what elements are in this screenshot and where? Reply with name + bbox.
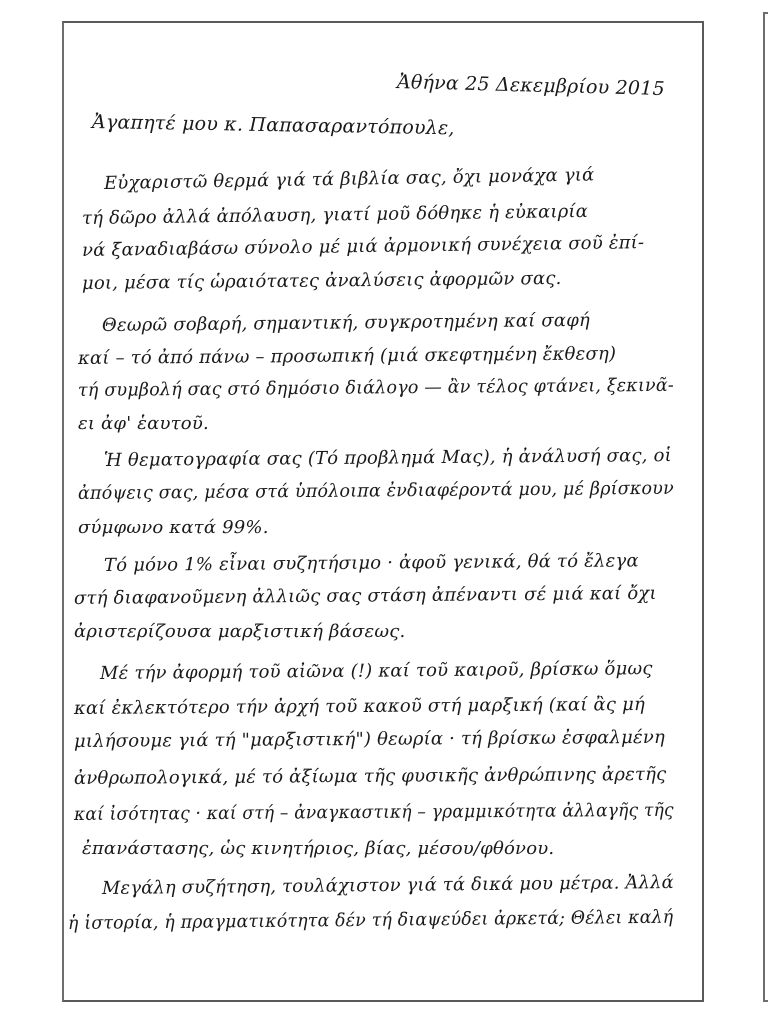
letter-line: Θεωρῶ σοβαρή, σημαντική, συγκροτημένη κα… xyxy=(102,310,590,336)
letter-line: ἡ ἱστορία, ἡ πραγματικότητα δέν τή διαψε… xyxy=(68,907,674,934)
letter-line: ἐπανάστασης, ὡς κινητήριος, βίας, μέσου/… xyxy=(82,838,554,859)
letter-line: Εὐχαριστῶ θερμά γιά τά βιβλία σας, ὄχι μ… xyxy=(104,164,595,194)
letter-line: ἀριστερίζουσα μαρξιστική βάσεως. xyxy=(74,621,405,642)
salutation: Ἀγαπητέ μου κ. Παπασαραντόπουλε, xyxy=(92,111,455,139)
letter-line: Μέ τήν ἀφορμή τοῦ αἰῶνα (!) καί τοῦ καιρ… xyxy=(100,658,653,684)
letter-line: μοι, μέσα τίς ὡραιότατες ἀναλύσεις ἀφορμ… xyxy=(82,268,562,294)
letter-line: σύμφωνο κατά 99%. xyxy=(78,517,269,538)
letter-line: ει ἀφ' ἑαυτοῦ. xyxy=(78,413,209,434)
next-page-edge xyxy=(763,12,768,1002)
letter-line: καί ἐκλεκτότερο τήν ἀρχή τοῦ κακοῦ στή μ… xyxy=(74,694,645,719)
letter-line: καί ἰσότητας · καί στή – ἀναγκαστική – γ… xyxy=(74,800,674,825)
letter-line: καί – τό ἀπό πάνω – προσωπική (μιά σκεφτ… xyxy=(78,343,616,369)
letter-line: τή δῶρο ἀλλά ἀπόλαυση, γιατί μοῦ δόθηκε … xyxy=(82,201,588,229)
letter-line: ἀπόψεις σας, μέσα στά ὑπόλοιπα ἐνδιαφέρο… xyxy=(78,478,674,504)
letter-line: στή διαφανοῦμενη ἀλλιῶς σας στάση ἀπέναν… xyxy=(74,583,657,609)
date-line: Ἀθήνα 25 Δεκεμβρίου 2015 xyxy=(397,71,665,100)
letter-line: ἀνθρωπολογικά, μέ τό ἀξίωμα τῆς φυσικῆς … xyxy=(74,764,666,789)
letter-page: Ἀθήνα 25 Δεκεμβρίου 2015 Ἀγαπητέ μου κ. … xyxy=(62,21,704,1002)
letter-line: τή συμβολή σας στό δημόσιο διάλογο — ἂν … xyxy=(78,375,674,401)
letter-line: μιλήσουμε γιά τή "μαρξιστική") θεωρία · … xyxy=(74,727,665,752)
letter-line: Τό μόνο 1% εἶναι συζητήσιμο · ἀφοῦ γενικ… xyxy=(104,550,639,576)
letter-line: νά ξαναδιαβάσω σύνολο μέ μιά ἀρμονική συ… xyxy=(82,232,645,261)
letter-line: Ἡ θεματογραφία σας (Τό προβλημά Μας), ἡ … xyxy=(104,445,672,471)
letter-line: Μεγάλη συζήτηση, τουλάχιστον γιά τά δικά… xyxy=(102,872,674,899)
